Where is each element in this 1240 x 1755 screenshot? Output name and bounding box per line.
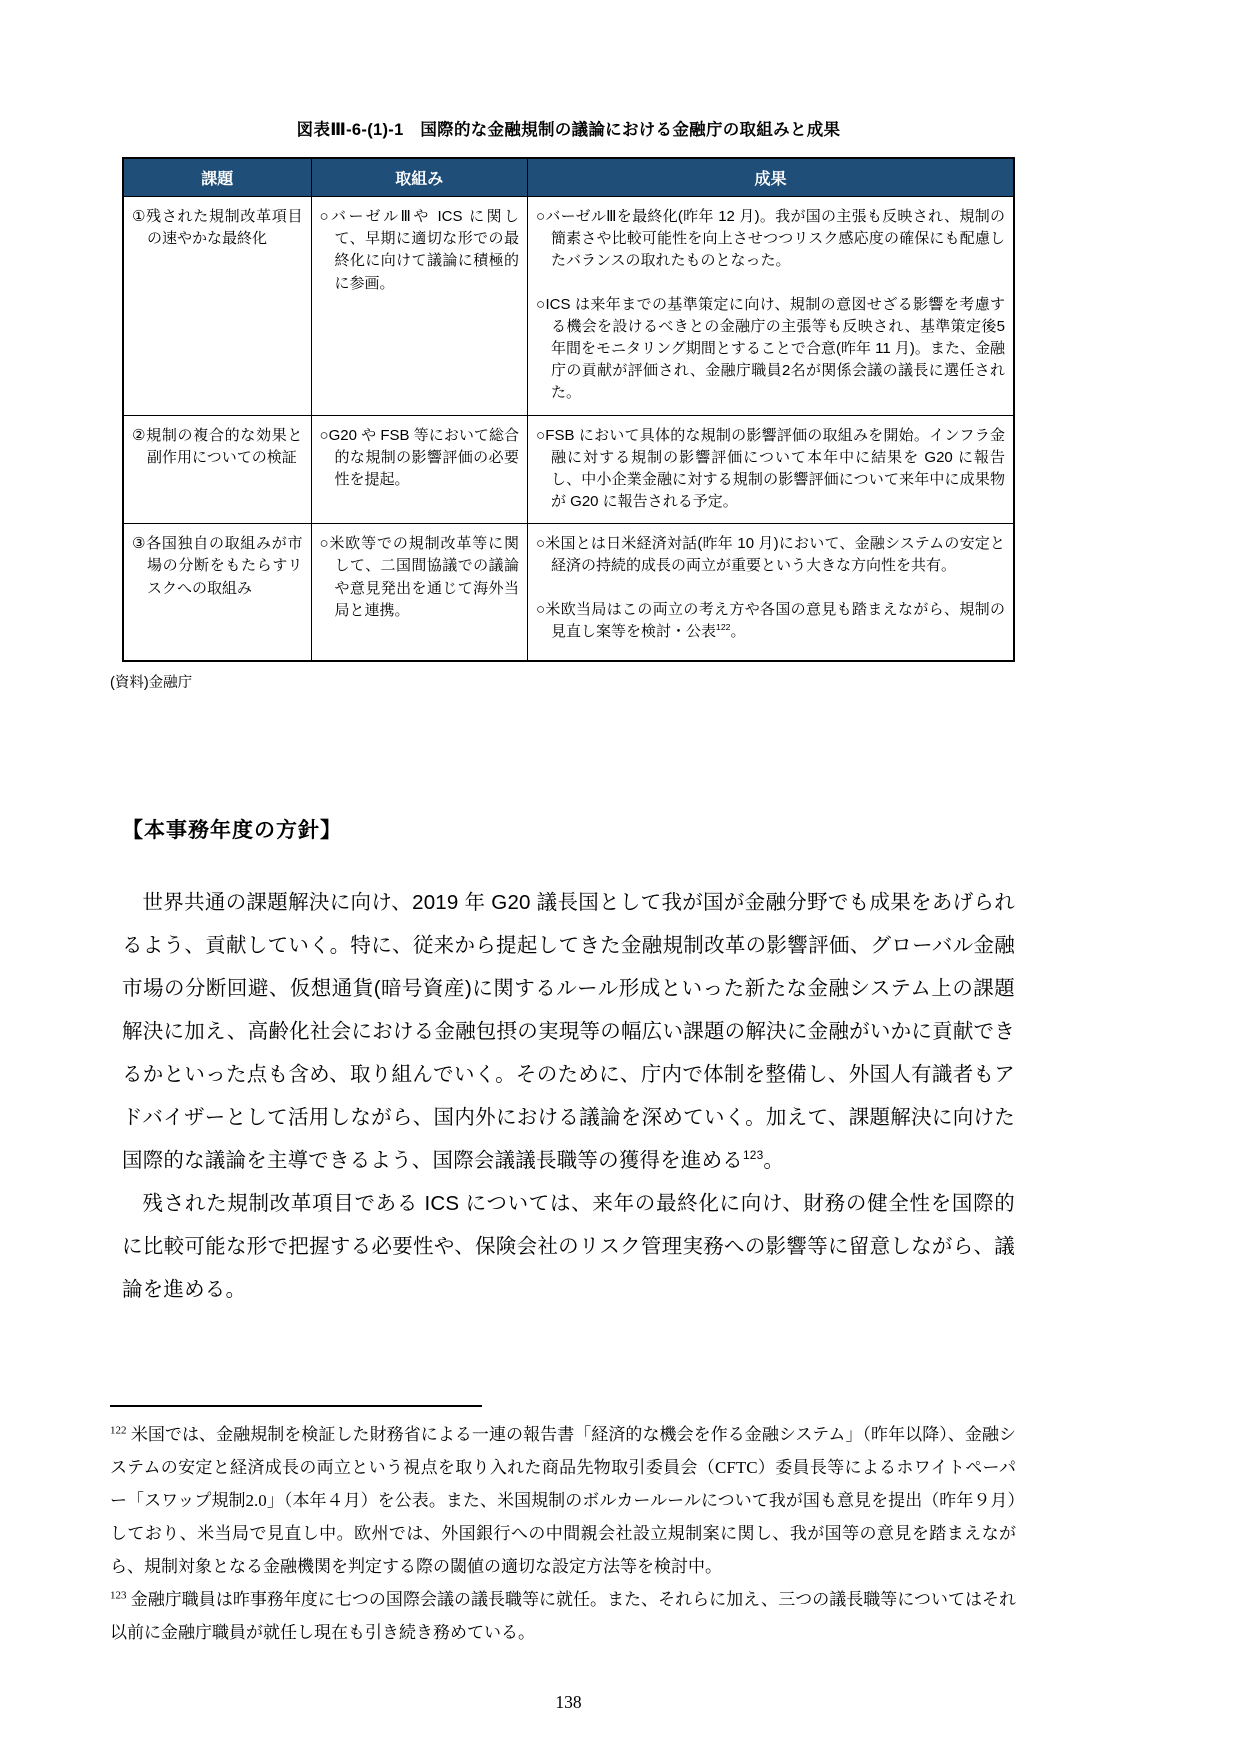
table-row: ②規制の複合的な効果と副作用についての検証 ○G20 や FSB 等において総合…	[123, 415, 1014, 524]
footnote-text: 金融庁職員は昨事務年度に七つの国際会議の議長職等に就任。また、それらに加え、三つ…	[110, 1590, 1016, 1642]
source-note: (資料)金融庁	[110, 671, 1015, 692]
page-number: 138	[122, 1692, 1015, 1713]
footnote-ref-123: 123	[743, 1148, 763, 1162]
result-cell: ○バーゼルⅢを最終化(昨年 12 月)。我が国の主張も反映され、規制の簡素さや比…	[528, 197, 1015, 416]
issue-cell: ①残された規制改革項目の速やかな最終化	[123, 197, 311, 416]
paragraph-text: 世界共通の課題解決に向け、2019 年 G20 議長国として我が国が金融分野でも…	[122, 891, 1015, 1172]
result-bullet: ○ICS は来年までの基準策定に向け、規制の意図せざる影響を考慮する機会を設ける…	[536, 294, 1005, 405]
result-bullet: ○バーゼルⅢを最終化(昨年 12 月)。我が国の主張も反映され、規制の簡素さや比…	[536, 206, 1005, 273]
policy-paragraph-2: 残された規制改革項目である ICS については、来年の最終化に向け、財務の健全性…	[122, 1182, 1015, 1311]
effort-cell: ○米欧等での規制改革等に関して、二国間協議での議論や意見発出を通じて海外当局と連…	[311, 524, 528, 661]
footnote-number: 123	[110, 1589, 127, 1601]
effort-cell: ○G20 や FSB 等において総合的な規制の影響評価の必要性を提起。	[311, 415, 528, 524]
paragraph-text-tail: 。	[763, 1149, 784, 1172]
issue-text: ③各国独自の取組みが市場の分断をもたらすリスクへの取組み	[132, 533, 303, 600]
result-cell: ○米国とは日米経済対話(昨年 10 月)において、金融システムの安定と経済の持続…	[528, 524, 1015, 661]
effort-bullet: ○米欧等での規制改革等に関して、二国間協議での議論や意見発出を通じて海外当局と連…	[320, 533, 520, 622]
issue-text: ②規制の複合的な効果と副作用についての検証	[132, 425, 303, 469]
issue-cell: ②規制の複合的な効果と副作用についての検証	[123, 415, 311, 524]
effort-bullet: ○バーゼルⅢや ICS に関して、早期に適切な形での最終化に向けて議論に積極的に…	[320, 206, 520, 295]
table-row: ③各国独自の取組みが市場の分断をもたらすリスクへの取組み ○米欧等での規制改革等…	[123, 524, 1014, 661]
footnote-number: 122	[110, 1424, 127, 1436]
table-header-result: 成果	[528, 158, 1015, 197]
footnote-separator-rule	[110, 1405, 482, 1407]
table-header-issue: 課題	[123, 158, 311, 197]
figure-title: 図表Ⅲ-6-(1)-1 国際的な金融規制の議論における金融庁の取組みと成果	[122, 116, 1015, 140]
policy-paragraph-1: 世界共通の課題解決に向け、2019 年 G20 議長国として我が国が金融分野でも…	[122, 881, 1015, 1182]
footnote-123: 123 金融庁職員は昨事務年度に七つの国際会議の議長職等に就任。また、それらに加…	[110, 1583, 1016, 1649]
footnote-ref-122: 122	[716, 622, 731, 632]
figure-table: 課題 取組み 成果 ①残された規制改革項目の速やかな最終化 ○バーゼルⅢや IC…	[122, 157, 1015, 662]
issue-cell: ③各国独自の取組みが市場の分断をもたらすリスクへの取組み	[123, 524, 311, 661]
section-heading: 【本事務年度の方針】	[122, 814, 1015, 844]
result-text-tail: 。	[731, 623, 746, 640]
footnotes-section: 122 米国では、金融規制を検証した財務省による一連の報告書「経済的な機会を作る…	[110, 1418, 1016, 1649]
result-bullet: ○FSB において具体的な規制の影響評価の取組みを開始。インフラ金融に対する規制…	[536, 425, 1005, 514]
footnote-text: 米国では、金融規制を検証した財務省による一連の報告書「経済的な機会を作る金融シス…	[110, 1425, 1016, 1576]
table-row: ①残された規制改革項目の速やかな最終化 ○バーゼルⅢや ICS に関して、早期に…	[123, 197, 1014, 416]
document-page: 図表Ⅲ-6-(1)-1 国際的な金融規制の議論における金融庁の取組みと成果 課題…	[0, 0, 1240, 1755]
result-cell: ○FSB において具体的な規制の影響評価の取組みを開始。インフラ金融に対する規制…	[528, 415, 1015, 524]
effort-cell: ○バーゼルⅢや ICS に関して、早期に適切な形での最終化に向けて議論に積極的に…	[311, 197, 528, 416]
effort-bullet: ○G20 や FSB 等において総合的な規制の影響評価の必要性を提起。	[320, 425, 520, 492]
table-header-row: 課題 取組み 成果	[123, 158, 1014, 197]
result-text: ○米欧当局はこの両立の考え方や各国の意見も踏まえながら、規制の見直し案等を検討・…	[536, 601, 1005, 640]
result-bullet-with-footnote: ○米欧当局はこの両立の考え方や各国の意見も踏まえながら、規制の見直し案等を検討・…	[536, 599, 1005, 643]
result-bullet: ○米国とは日米経済対話(昨年 10 月)において、金融システムの安定と経済の持続…	[536, 533, 1005, 577]
table-header-effort: 取組み	[311, 158, 528, 197]
page-content: 図表Ⅲ-6-(1)-1 国際的な金融規制の議論における金融庁の取組みと成果 課題…	[122, 0, 1015, 1649]
issue-text: ①残された規制改革項目の速やかな最終化	[132, 206, 303, 250]
footnote-122: 122 米国では、金融規制を検証した財務省による一連の報告書「経済的な機会を作る…	[110, 1418, 1016, 1583]
